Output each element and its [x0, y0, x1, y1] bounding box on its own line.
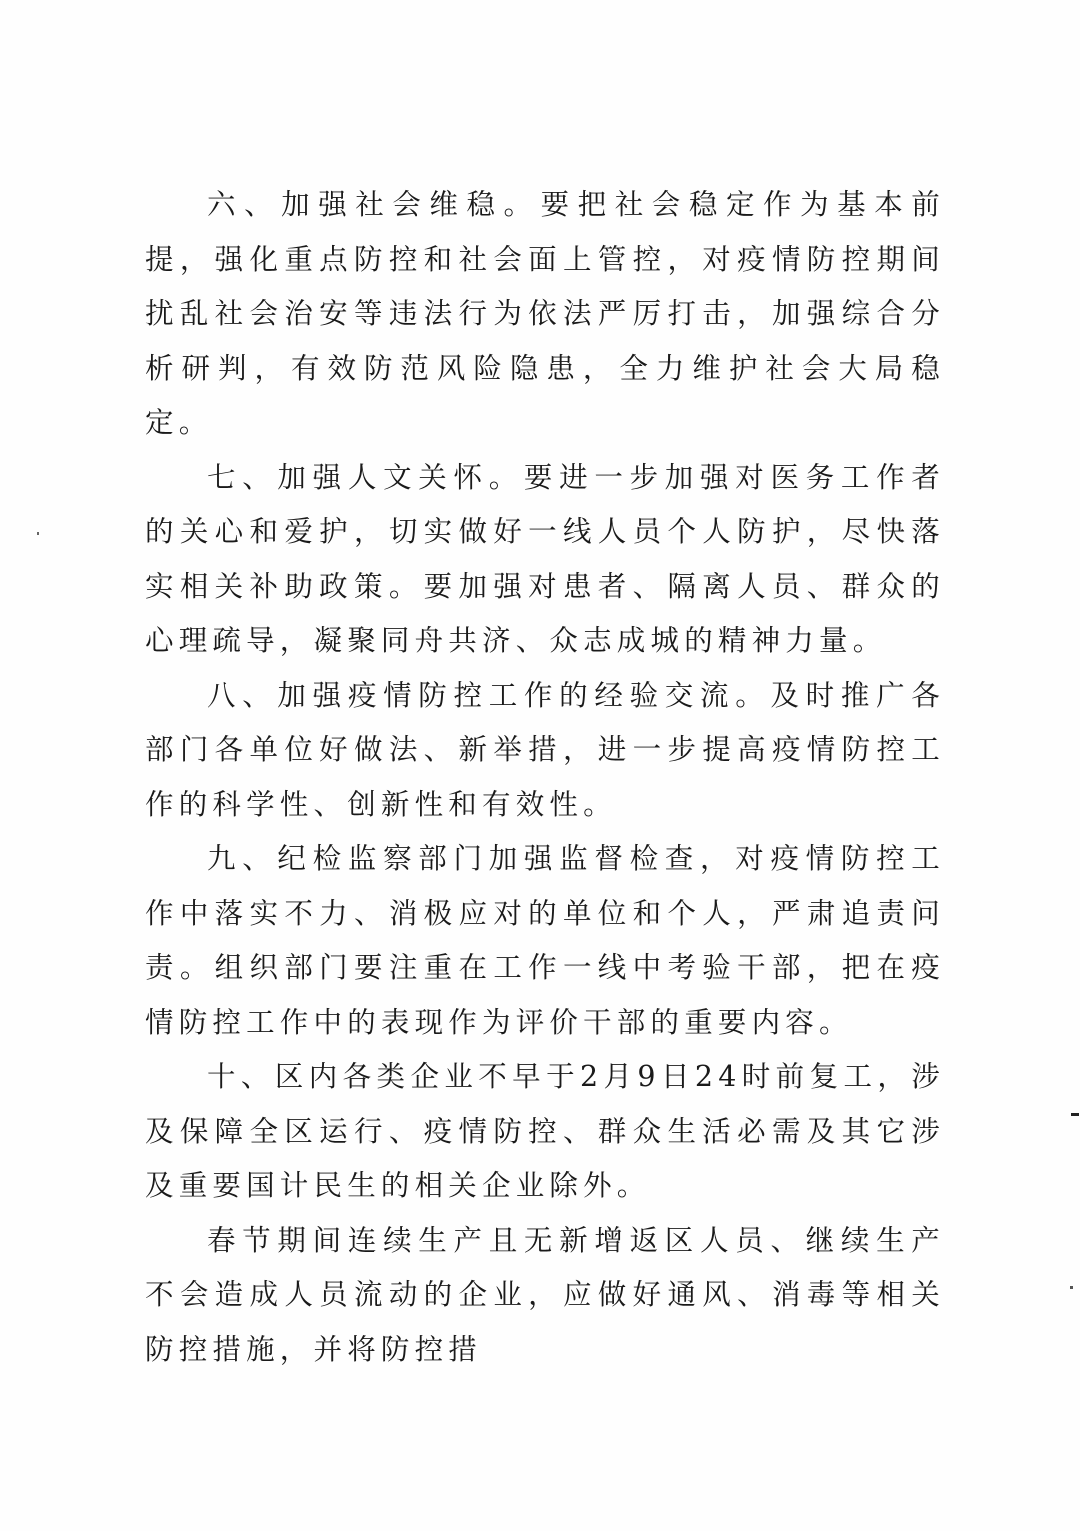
paragraph-six-social-stability: 六、加强社会维稳。要把社会稳定作为基本前提，强化重点防控和社会面上管控，对疫情防… [145, 178, 945, 451]
scan-artifact-mark [1071, 1113, 1079, 1116]
scan-artifact-mark [1070, 1286, 1073, 1289]
paragraph-eight-experience-exchange: 八、加强疫情防控工作的经验交流。及时推广各部门各单位好做法、新举措，进一步提高疫… [145, 669, 945, 833]
paragraph-seven-humanistic-care: 七、加强人文关怀。要进一步加强对医务工作者的关心和爱护，切实做好一线人员个人防护… [145, 451, 945, 669]
paragraph-spring-festival-production: 春节期间连续生产且无新增返区人员、继续生产不会造成人员流动的企业，应做好通风、消… [145, 1214, 945, 1378]
document-page: 六、加强社会维稳。要把社会稳定作为基本前提，强化重点防控和社会面上管控，对疫情防… [0, 0, 1080, 1531]
paragraph-nine-supervision: 九、纪检监察部门加强监督检查，对疫情防控工作中落实不力、消极应对的单位和个人，严… [145, 832, 945, 1050]
paragraph-ten-enterprise-resumption: 十、区内各类企业不早于2月9日24时前复工，涉及保障全区运行、疫情防控、群众生活… [145, 1050, 945, 1214]
scan-artifact-mark [37, 532, 39, 535]
document-body: 六、加强社会维稳。要把社会稳定作为基本前提，强化重点防控和社会面上管控，对疫情防… [145, 178, 945, 1377]
